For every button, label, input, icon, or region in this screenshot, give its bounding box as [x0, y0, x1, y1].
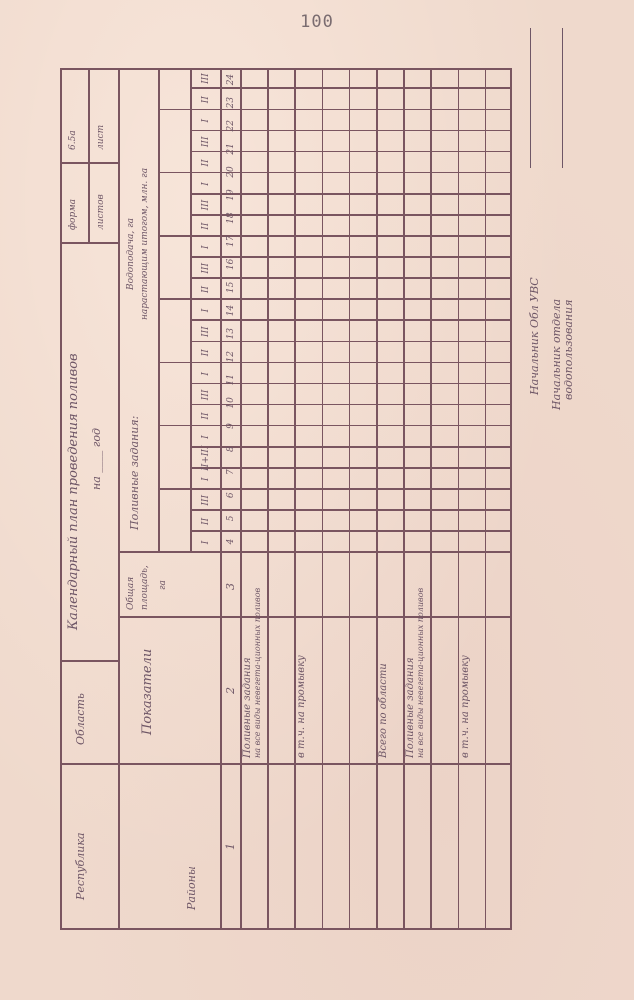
decade-label: I — [194, 427, 218, 448]
colnum-3: 3 — [224, 583, 237, 590]
decade-label: I — [194, 237, 218, 258]
title-band-divider — [118, 68, 120, 930]
water-supply-header-2: нарастающим итогом, млн. га — [140, 168, 150, 320]
decade-number: 6 — [222, 484, 239, 507]
area-header-1: Общая — [126, 577, 136, 610]
row-sublabel: на все виды невегета-ционных поливов — [416, 558, 425, 758]
decade-label: I — [194, 532, 218, 553]
area-header-3: га — [158, 580, 168, 590]
decade-number: 5 — [222, 507, 239, 530]
decade-label: III — [194, 68, 218, 89]
table-row: Поливные заданияна все виды невегета-цио… — [403, 68, 430, 930]
table-row — [322, 68, 349, 930]
sheet-sublabel: лист — [96, 125, 106, 150]
sheets-label: листов — [96, 194, 106, 230]
signature-line-1 — [530, 28, 531, 168]
decade-label: III — [194, 384, 218, 405]
month-row-divider — [158, 68, 160, 553]
table-row: Всего по области — [376, 68, 403, 930]
signature-line-2 — [562, 28, 563, 168]
table-row — [430, 68, 457, 930]
oblast-label: Область — [74, 693, 87, 745]
decade-label: II — [194, 152, 218, 173]
irrigation-plan-form: Республика Область Календарный план пров… — [60, 68, 512, 930]
year-line: на ____ год — [90, 428, 103, 490]
decade-label: II+III — [194, 448, 218, 469]
row-label: в т.ч. на промывку — [296, 558, 307, 758]
decade-label: I — [194, 469, 218, 490]
decade-label: III — [194, 131, 218, 152]
title-divider-1 — [60, 763, 118, 765]
table-row — [485, 68, 512, 930]
form-label: форма — [68, 199, 78, 230]
decade-label: II — [194, 342, 218, 363]
decade-number: 4 — [222, 530, 239, 553]
signature-chief-dept-2: водопользования — [562, 299, 575, 400]
republic-label: Республика — [74, 833, 87, 900]
decade-label: I — [194, 363, 218, 384]
decade-label: II — [194, 216, 218, 237]
water-supply-header-1: Водоподача, га — [126, 218, 136, 290]
decade-label: III — [194, 490, 218, 511]
decade-label: II — [194, 405, 218, 426]
decade-label: I — [194, 173, 218, 194]
decade-number: 16 — [222, 253, 239, 276]
title-divider-2 — [60, 660, 118, 662]
decade-number: 22 — [222, 114, 239, 137]
decade-number: 19 — [222, 183, 239, 206]
decade-number: 18 — [222, 207, 239, 230]
decade-label: I — [194, 110, 218, 131]
decade-number: 8 — [222, 438, 239, 461]
decade-number: 24 — [222, 68, 239, 91]
row-sublabel: на все виды невегета-ционных поливов — [253, 558, 262, 758]
decade-number: 20 — [222, 160, 239, 183]
decade-number: 13 — [222, 322, 239, 345]
colnum-2: 2 — [224, 687, 237, 694]
decade-label: II — [194, 89, 218, 110]
colnum-1: 1 — [224, 843, 237, 850]
decade-number: 17 — [222, 230, 239, 253]
decade-number: 10 — [222, 391, 239, 414]
indicators-header: Показатели — [140, 649, 155, 735]
table-row: в т.ч. на промывку — [294, 68, 321, 930]
formbox-vline — [60, 162, 118, 164]
decade-number: 11 — [222, 368, 239, 391]
row-label: Всего по области — [378, 558, 389, 758]
decade-label: III — [194, 258, 218, 279]
form-title: Календарный план проведения поливов — [66, 353, 81, 630]
districts-header: Районы — [185, 866, 198, 910]
colnum-row-top — [220, 553, 222, 930]
formbox-hline — [88, 68, 90, 244]
decade-number: 12 — [222, 345, 239, 368]
frame-top — [60, 68, 62, 930]
decade-number: 23 — [222, 91, 239, 114]
decade-number: 21 — [222, 137, 239, 160]
decade-label: II — [194, 279, 218, 300]
decade-number: 15 — [222, 276, 239, 299]
area-header-2: площадь, — [140, 565, 150, 610]
row-label: Поливные задания — [242, 558, 253, 758]
table-row — [349, 68, 376, 930]
decade-number: 7 — [222, 461, 239, 484]
table-row: Поливные заданияна все виды невегета-цио… — [240, 68, 267, 930]
form-number: 6.5а — [68, 130, 78, 150]
signature-chief-oblast: Начальник Обл УВС — [528, 277, 541, 395]
decade-top-divider — [190, 68, 192, 553]
decade-number: 9 — [222, 414, 239, 437]
decade-label: I — [194, 300, 218, 321]
decade-number: 14 — [222, 299, 239, 322]
table-row — [267, 68, 294, 930]
decade-label: III — [194, 321, 218, 342]
table-row: в т.ч. на промывку — [458, 68, 485, 930]
row-label: Поливные задания — [405, 558, 416, 758]
irrigation-tasks-header: Поливные задания: — [128, 416, 141, 530]
row-label: в т.ч. на промывку — [460, 558, 471, 758]
decade-label: II — [194, 511, 218, 532]
decade-label: III — [194, 195, 218, 216]
page-number: 100 — [0, 12, 634, 32]
